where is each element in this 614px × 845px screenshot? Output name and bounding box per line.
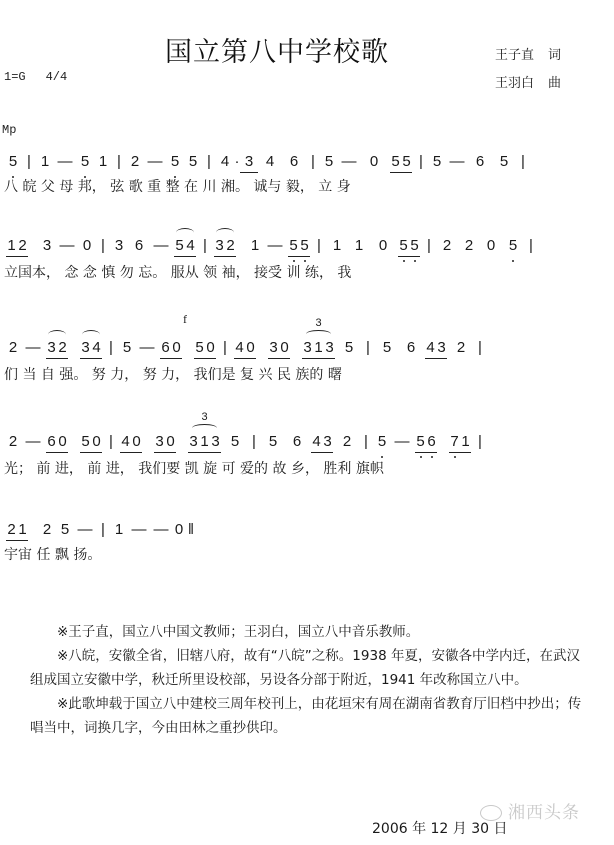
notation-line-5: 21 2 5 — | 1 — — 0 ‖ [4, 516, 196, 538]
note: 5 [320, 153, 338, 170]
note: 3 [46, 339, 57, 356]
barline: | [414, 153, 428, 170]
barline: | [112, 153, 126, 170]
note: 2 [449, 339, 473, 356]
rest: 0 [91, 433, 102, 450]
note: 1 [110, 521, 128, 538]
note: 5 [4, 153, 22, 170]
note: 3 [210, 433, 221, 450]
slurred-eighth-group: 32 [214, 237, 236, 254]
lyrics-line-2: 立国本， 念 念 慎 勿 忘。 服从 领 袖， 接受 训 练， 我 [4, 262, 351, 282]
notation-line-3: 2 — 32 34 | 5 — 60 50 | 40 30 3 313 5 [4, 334, 487, 356]
note: 5 [398, 237, 409, 254]
note: 7 [449, 433, 460, 450]
triplet-group: 3 313 [188, 433, 221, 450]
eighth-note-group: 50 [194, 339, 216, 356]
note: 5 [375, 339, 399, 356]
note: 1 [199, 433, 210, 450]
note: 3 [240, 153, 258, 170]
note: 2 [4, 433, 22, 450]
watermark-text: 湘西头条 [508, 803, 580, 823]
final-barline: ‖ [186, 521, 196, 538]
note: 1 [246, 237, 264, 254]
notation-line-2: 12 3 — 0 | 3 6 — 54 | 32 1 — 55 | 1 1 0 … [4, 232, 538, 254]
note: 3 [322, 433, 333, 450]
barline: | [473, 339, 487, 356]
slurred-eighth-group: 54 [174, 237, 196, 254]
rest: 0 [279, 339, 290, 356]
lyricist-name: 王子直 [495, 48, 534, 63]
sustain-dash: — [136, 339, 158, 356]
footnote-3: ※此歌坤载于国立八中建校三周年校刊上，由花垣宋有周在湖南省教育厅旧档中抄出；传唱… [30, 692, 590, 740]
note: 5 [390, 153, 401, 170]
barline: | [306, 153, 320, 170]
sustain-dash: — [144, 153, 166, 170]
sustain-dash: — [74, 521, 96, 538]
note: 3 [268, 339, 279, 356]
note: 1 [36, 153, 54, 170]
note: 5 [118, 339, 136, 356]
lyrics-line-4: 光； 前 进， 前 进， 我们要 凯 旋 可 爱的 故 乡， 胜利 旗帜 [4, 458, 384, 478]
sustain-dash: — [391, 433, 413, 450]
note: 4 [91, 339, 102, 356]
note: 4 [185, 237, 196, 254]
note: 6 [285, 433, 309, 450]
eighth-note-group: 30 [268, 339, 290, 356]
dynamic-marking-mp: Mp [2, 123, 16, 137]
time-signature: 4/4 [46, 70, 68, 84]
eighth-note-group: 40 [120, 433, 142, 450]
lyrics-line-5: 宇宙 任 飘 扬。 [4, 544, 101, 564]
note: 2 [4, 339, 22, 356]
triplet-mark: 3 [302, 317, 335, 329]
note: 5 [80, 433, 91, 450]
rest: 0 [165, 433, 176, 450]
barline: | [524, 237, 538, 254]
sustain-dash: — [54, 153, 76, 170]
note: 4 [311, 433, 322, 450]
note: 1 [313, 339, 324, 356]
sustain-dash: — [22, 339, 44, 356]
composer-credit: 王羽白曲 [495, 72, 561, 91]
eighth-note-group: 56 [415, 433, 437, 450]
note: 2 [335, 433, 359, 450]
rest: 0 [480, 237, 502, 254]
key-signature: 1=G [4, 70, 26, 84]
rest: 0 [245, 339, 256, 356]
sustain-dash: — [150, 237, 172, 254]
note: 5 [373, 433, 391, 450]
note: 1 [348, 237, 370, 254]
note: 6 [468, 153, 492, 170]
barline: | [202, 153, 216, 170]
note: 5 [56, 521, 74, 538]
note: 1 [6, 237, 17, 254]
note: 5 [288, 237, 299, 254]
eighth-note-group: 30 [154, 433, 176, 450]
note: 3 [436, 339, 447, 356]
eighth-note-group: 60 [46, 433, 68, 450]
notation-line-1: 5 | 1 — 5 1 | 2 — 5 5 | 4 · 3 4 6 | 5 — … [4, 148, 530, 170]
eighth-note-group: 21 [6, 521, 28, 538]
eighth-note-group: 43 [425, 339, 447, 356]
note: 4 [425, 339, 436, 356]
barline: | [104, 433, 118, 450]
note: 2 [57, 339, 68, 356]
barline: | [312, 237, 326, 254]
lyricist-role: 词 [548, 48, 561, 63]
note: 6 [282, 153, 306, 170]
slurred-eighth-group: 34 [80, 339, 102, 356]
footnotes: ※王子直，国立八中国文教师；王羽白，国立八中音乐教师。 ※八皖，安徽全省，旧辖八… [30, 620, 590, 740]
note: 2 [6, 521, 17, 538]
note: 6 [426, 433, 437, 450]
note: 6 [160, 339, 171, 356]
barline: | [516, 153, 530, 170]
triplet-group: 3 313 [302, 339, 335, 356]
barline: | [96, 237, 110, 254]
note: 2 [458, 237, 480, 254]
note: 5 [401, 153, 412, 170]
barline: | [473, 433, 487, 450]
note: 1 [326, 237, 348, 254]
barline: | [361, 339, 375, 356]
sustain-dash: — [128, 521, 150, 538]
note: 2 [126, 153, 144, 170]
sustain-dash: — [338, 153, 360, 170]
song-title: 国立第八中学校歌 [165, 30, 389, 69]
note: 2 [38, 521, 56, 538]
rest: 0 [131, 433, 142, 450]
rest: 0 [78, 237, 96, 254]
eighth-note-group: 12 [6, 237, 28, 254]
sustain-dash: — [264, 237, 286, 254]
note: 5 [184, 153, 202, 170]
barline: | [359, 433, 373, 450]
slurred-eighth-group: 32 [46, 339, 68, 356]
rest: 0 [172, 521, 186, 538]
barline: | [218, 339, 232, 356]
composer-role: 曲 [548, 76, 561, 91]
eighth-note-group: 40 [234, 339, 256, 356]
note: 5 [337, 339, 361, 356]
key-time-signature: 1=G4/4 [4, 70, 67, 84]
note: 1 [94, 153, 112, 170]
sustain-dash: — [56, 237, 78, 254]
rest: 0 [360, 153, 388, 170]
note: 3 [80, 339, 91, 356]
composer-name: 王羽白 [495, 76, 534, 91]
lyrics-line-1: 八 皖 父 母 邦， 弦 歌 重 整 在 川 湘。 诚与 毅， 立 身 [4, 176, 351, 196]
document-date: 2006 年 12 月 30 日 [372, 818, 508, 838]
eighth-note-group: 60 [160, 339, 182, 356]
barline: | [96, 521, 110, 538]
sustain-dash: — [150, 521, 172, 538]
dynamic-marking-f: f [183, 312, 187, 327]
eighth-note-group: 50 [80, 433, 102, 450]
sustain-dash: — [446, 153, 468, 170]
eighth-note-group: 43 [311, 433, 333, 450]
note: 5 [492, 153, 516, 170]
note: 3 [154, 433, 165, 450]
note: 5 [174, 237, 185, 254]
barline: | [198, 237, 212, 254]
barline: | [247, 433, 261, 450]
note: 4 [120, 433, 131, 450]
note: 4 [216, 153, 234, 170]
note: 3 [302, 339, 313, 356]
note: 2 [17, 237, 28, 254]
note: 5 [194, 339, 205, 356]
sustain-dash: — [22, 433, 44, 450]
note: 6 [399, 339, 423, 356]
eighth-note-group: 71 [449, 433, 471, 450]
note: 5 [166, 153, 184, 170]
eighth-note-group: 55 [398, 237, 420, 254]
barline: | [104, 339, 118, 356]
footnote-2: ※八皖，安徽全省，旧辖八府，故有“八皖”之称。1938 年夏，安徽各中学内迁，在… [30, 644, 590, 692]
note: 5 [76, 153, 94, 170]
note: 5 [502, 237, 524, 254]
note: 3 [188, 433, 199, 450]
eighth-note-group: 55 [288, 237, 310, 254]
lyrics-line-3: 们 当 自 强。 努 力， 努 力， 我们是 复 兴 民 族的 曙 [4, 364, 342, 384]
note: 1 [17, 521, 28, 538]
note: 5 [299, 237, 310, 254]
note: 4 [258, 153, 282, 170]
note: 5 [415, 433, 426, 450]
note: 5 [223, 433, 247, 450]
note: 5 [409, 237, 420, 254]
notation-line-4: 2 — 60 50 | 40 30 3 313 5 | 5 6 43 2 | 5… [4, 428, 487, 450]
barline: | [422, 237, 436, 254]
footnote-1: ※王子直，国立八中国文教师；王羽白，国立八中音乐教师。 [30, 620, 590, 644]
note: 2 [436, 237, 458, 254]
barline: | [22, 153, 36, 170]
rest: 0 [171, 339, 182, 356]
note: 2 [225, 237, 236, 254]
triplet-mark: 3 [188, 411, 221, 423]
note: 6 [46, 433, 57, 450]
rest: 0 [57, 433, 68, 450]
note: 5 [428, 153, 446, 170]
eighth-note-group: 55 [390, 153, 412, 170]
lyricist-credit: 王子直词 [495, 44, 561, 63]
note: 3 [110, 237, 128, 254]
note: 3 [38, 237, 56, 254]
note: 4 [234, 339, 245, 356]
rest: 0 [370, 237, 396, 254]
note: 3 [214, 237, 225, 254]
note: 3 [324, 339, 335, 356]
note: 5 [261, 433, 285, 450]
rest: 0 [205, 339, 216, 356]
note: 6 [128, 237, 150, 254]
note: 1 [460, 433, 471, 450]
